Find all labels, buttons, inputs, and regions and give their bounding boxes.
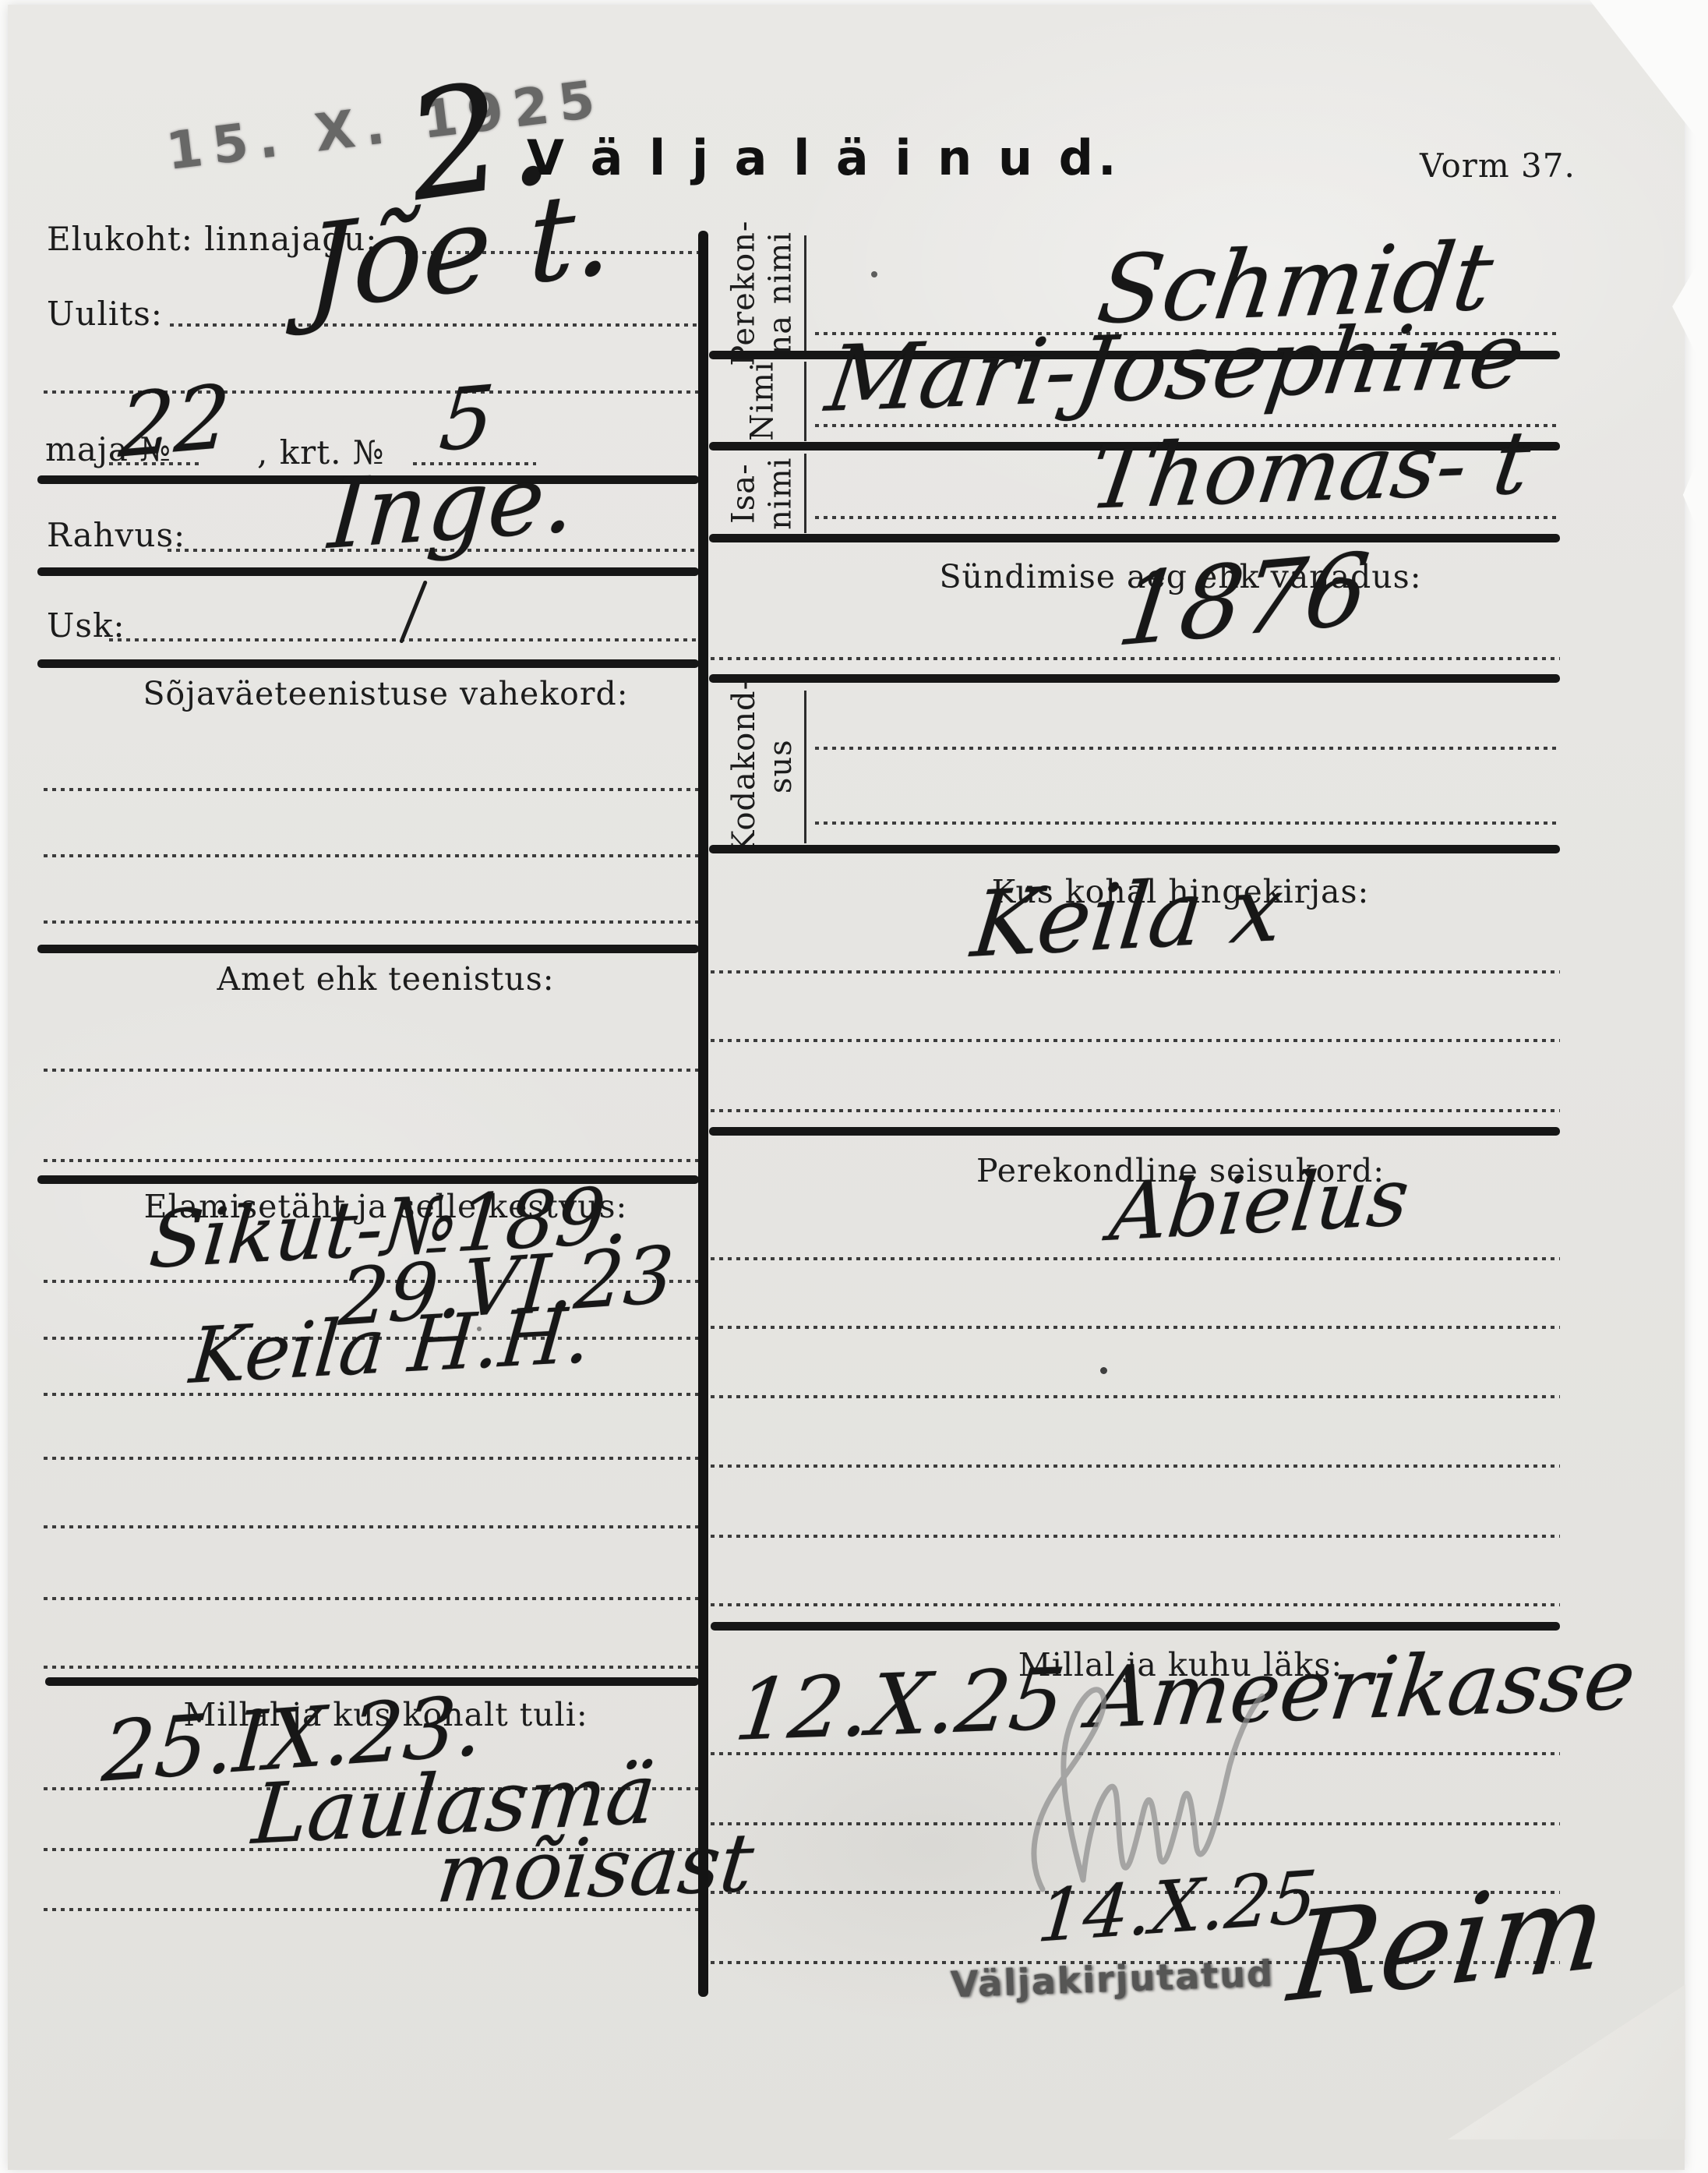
first-name-label: Nimi	[711, 360, 815, 443]
residence-permit-value-3: Keila H.H.	[187, 1298, 594, 1395]
dotted-line	[815, 746, 1560, 750]
arrival-value-3: mõisast	[433, 1821, 757, 1914]
column-divider	[698, 231, 708, 1997]
scanned-document-page: 15. X. 1925 2. V ä l j a l ä i n u d. Vo…	[0, 0, 1708, 2173]
dotted-line	[44, 1158, 699, 1162]
dotted-line	[815, 821, 1560, 825]
label-separator-line	[804, 454, 806, 533]
dotted-line	[711, 1464, 1560, 1468]
house-number-value: 22	[117, 373, 232, 471]
dotted-line	[44, 1665, 699, 1669]
clerk-signature: Reim	[1284, 1864, 1611, 2019]
page-title: V ä l j a l ä i n u d.	[527, 129, 1121, 186]
birth-value: 1876	[1113, 539, 1374, 661]
dotted-line	[711, 970, 1560, 973]
section-rule	[709, 674, 1560, 683]
dotted-line	[44, 787, 699, 791]
first-name-value: Mari-Josephine	[821, 310, 1530, 426]
citizenship-label: Kodakond- sus	[711, 687, 815, 845]
registry-value: Keila x	[968, 864, 1287, 971]
dotted-line	[711, 1534, 1560, 1538]
dotted-line	[44, 1596, 699, 1600]
dotted-line	[44, 920, 699, 924]
pencil-signature-scribble	[988, 1663, 1323, 1920]
dotted-line	[711, 1108, 1560, 1112]
surname-label: Perekon- na nimi	[711, 234, 815, 352]
ink-dot	[1100, 1367, 1107, 1374]
street-label: Uulits:	[47, 295, 163, 333]
dotted-line	[711, 1038, 1560, 1042]
section-rule	[37, 945, 699, 953]
section-rule	[709, 845, 1560, 853]
dotted-line	[44, 1392, 699, 1396]
father-name-label: Isa- nimi	[711, 452, 815, 535]
dotted-line	[711, 1602, 1560, 1606]
father-name-value: Thomas- t	[1085, 419, 1536, 522]
street-value-handwriting: Jõe t.	[305, 173, 613, 329]
section-rule	[709, 534, 1560, 542]
label-separator-line	[804, 362, 806, 441]
nationality-value: Inge.	[326, 450, 578, 563]
dotted-line	[44, 1456, 699, 1460]
marital-value: Abielus	[1106, 1157, 1413, 1253]
occupation-heading: Amet ehk teenistus:	[70, 960, 701, 998]
section-rule	[711, 1622, 1560, 1631]
section-rule	[709, 1127, 1560, 1136]
dotted-line	[170, 323, 699, 327]
dotted-line	[44, 1525, 699, 1528]
label-separator-line	[804, 235, 806, 351]
form-number: Vorm 37.	[1420, 147, 1576, 185]
military-service-heading: Sõjaväeteenistuse vahekord:	[70, 675, 701, 712]
dotted-line	[44, 853, 699, 857]
dotted-line	[711, 1394, 1560, 1398]
section-rule	[37, 567, 699, 576]
ink-dot	[477, 1327, 482, 1331]
dotted-line	[711, 1325, 1560, 1329]
ink-dot	[871, 271, 877, 277]
dotted-line	[44, 1068, 699, 1072]
nationality-label: Rahvus:	[47, 516, 185, 554]
label-separator-line	[804, 691, 806, 843]
section-rule	[37, 659, 699, 668]
